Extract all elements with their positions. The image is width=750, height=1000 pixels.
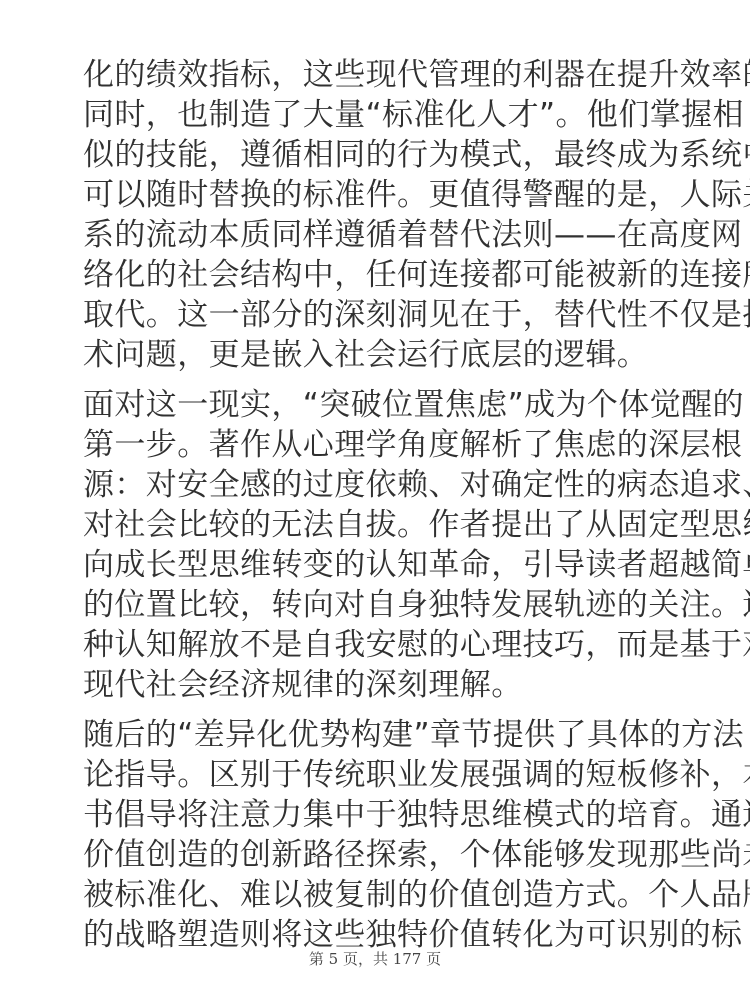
text-line: 可以随时替换的标准件。更值得警醒的是，人际关 [83,175,683,215]
text-line: 面对这一现实，“突破位置焦虑”成为个体觉醒的 [83,385,683,425]
text-line: 同时，也制造了大量“标准化人才”。他们掌握相 [83,95,683,135]
text-line: 现代社会经济规律的深刻理解。 [83,665,683,705]
document-page: 化的绩效指标，这些现代管理的利器在提升效率的 同时，也制造了大量“标准化人才”。… [83,55,683,965]
text-line: 似的技能，遵循相同的行为模式，最终成为系统中 [83,135,683,175]
text-line: 源：对安全感的过度依赖、对确定性的病态追求、 [83,465,683,505]
text-line: 向成长型思维转变的认知革命，引导读者超越简单 [83,545,683,585]
text-line: 被标准化、难以被复制的价值创造方式。个人品牌 [83,875,683,915]
text-line: 种认知解放不是自我安慰的心理技巧，而是基于对 [83,625,683,665]
text-line: 论指导。区别于传统职业发展强调的短板修补，本 [83,755,683,795]
text-line: 术问题，更是嵌入社会运行底层的逻辑。 [83,335,683,375]
text-line: 价值创造的创新路径探索，个体能够发现那些尚未 [83,835,683,875]
text-line: 络化的社会结构中，任何连接都可能被新的连接所 [83,255,683,295]
text-line: 的位置比较，转向对自身独特发展轨迹的关注。这 [83,585,683,625]
paragraph-3: 随后的“差异化优势构建”章节提供了具体的方法 论指导。区别于传统职业发展强调的短… [83,715,683,955]
text-line: 书倡导将注意力集中于独特思维模式的培育。通过 [83,795,683,835]
text-line: 对社会比较的无法自拔。作者提出了从固定型思维 [83,505,683,545]
text-line: 第一步。著作从心理学角度解析了焦虑的深层根 [83,425,683,465]
paragraph-1: 化的绩效指标，这些现代管理的利器在提升效率的 同时，也制造了大量“标准化人才”。… [83,55,683,375]
page-indicator: 第 5 页，共 177 页 [0,948,750,969]
paragraph-2: 面对这一现实，“突破位置焦虑”成为个体觉醒的 第一步。著作从心理学角度解析了焦虑… [83,385,683,705]
text-line: 系的流动本质同样遵循着替代法则——在高度网 [83,215,683,255]
text-line: 取代。这一部分的深刻洞见在于，替代性不仅是技 [83,295,683,335]
text-line: 化的绩效指标，这些现代管理的利器在提升效率的 [83,55,683,95]
text-line: 随后的“差异化优势构建”章节提供了具体的方法 [83,715,683,755]
